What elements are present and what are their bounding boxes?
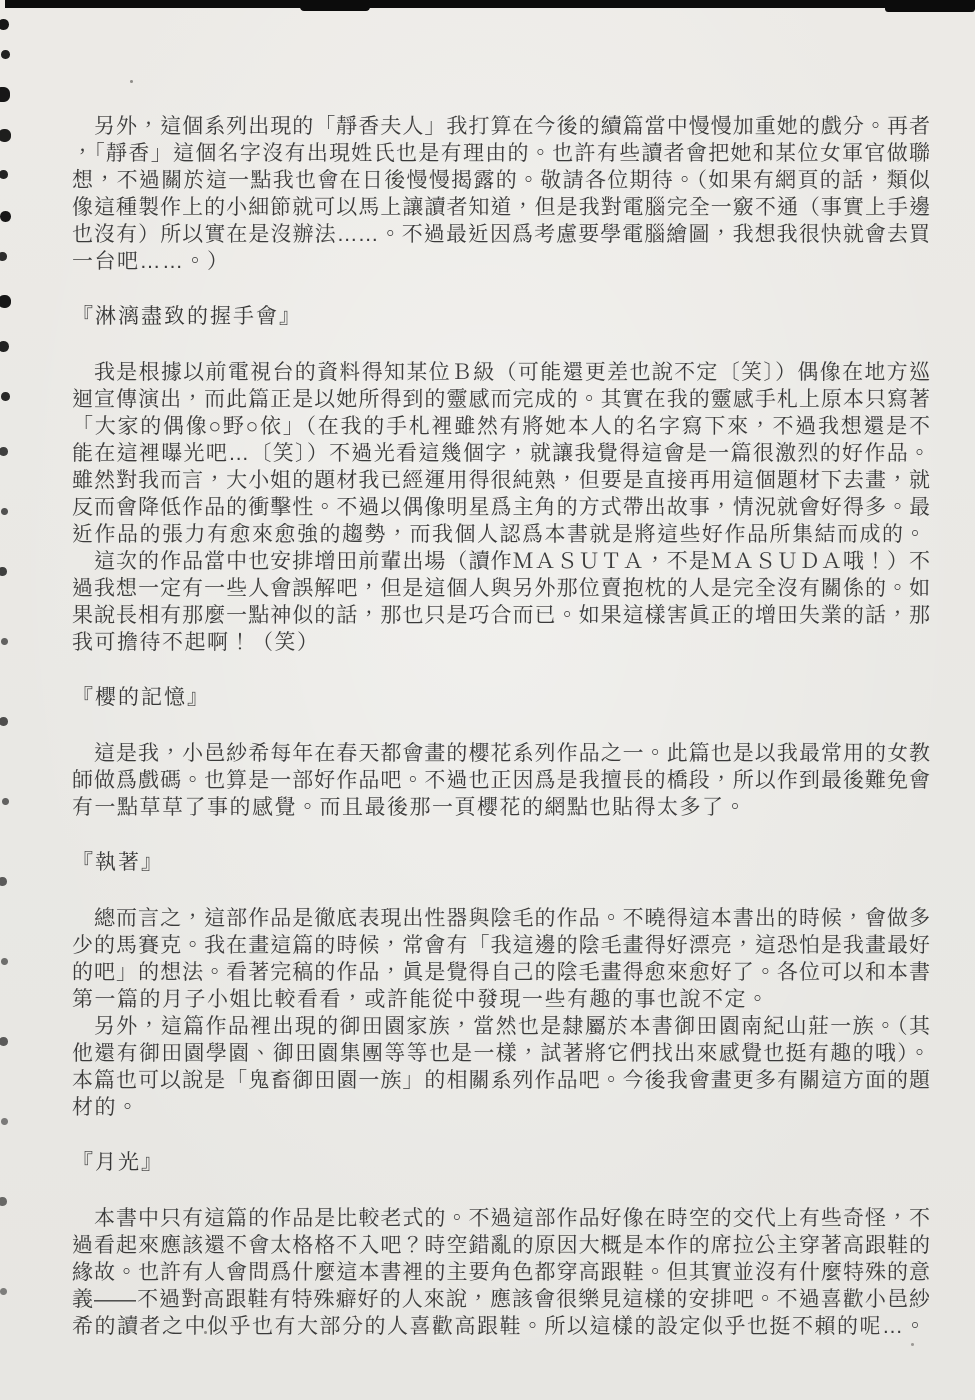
text-line: 本篇也可以說是「鬼畜御田園一族」的相關系列作品吧。今後我會畫更多有關這方面的題 [72,1067,930,1094]
text-line: 另外，這個系列出現的「靜香夫人」我打算在今後的續篇當中慢慢加重她的戲分。再者 [72,113,930,140]
scanned-book-page: { "document": { "language": "zh-Hant", "… [0,0,975,1400]
text-line: 緣故。也許有人會問爲什麼這本書裡的主要角色都穿高跟鞋。但其實並沒有什麼特殊的意 [72,1259,930,1286]
binding-edge-artifacts [0,0,5,5]
paragraph: 另外，這篇作品裡出現的御田園家族，當然也是隸屬於本書御田園南紀山莊一族。（其他還… [72,1013,930,1121]
text-line: 迴宣傳演出，而此篇正是以她所得到的靈感而完成的。其實在我的靈感手札上原本只寫著 [72,386,930,413]
text-line: 本書中只有這篇的作品是比較老式的。不過這部作品好像在時空的交代上有些奇怪，不 [72,1205,930,1232]
text-line: 像這種製作上的小細節就可以馬上讓讀者知道，但是我對電腦完全一竅不通（事實上手邊 [72,194,930,221]
text-line: 想，不過關於這一點我也會在日後慢慢揭露的。敬請各位期待。（如果有網頁的話，類似 [72,167,930,194]
paragraph: 這次的作品當中也安排增田前輩出場（讀作ＭＡＳＵＴＡ，不是ＭＡＳＵＤＡ哦！）不過我… [72,548,930,656]
text-line: 材的。 [72,1094,930,1121]
text-line: 近作品的張力有愈來愈強的趨勢，而我個人認爲本書就是將這些好作品所集結而成的。 [72,521,930,548]
paragraph: 本書中只有這篇的作品是比較老式的。不過這部作品好像在時空的交代上有些奇怪，不過看… [72,1205,930,1340]
text-line: ，「靜香」這個名字沒有出現姓氏也是有理由的。也許有些讀者會把她和某位女軍官做聯 [72,140,930,167]
text-line: 義——不過對高跟鞋有特殊癖好的人來說，應該會很樂見這樣的安排吧。不過喜歡小邑紗 [72,1286,930,1313]
text-line: 師做爲戲碼。也算是一部好作品吧。不過也正因爲是我擅長的橋段，所以作到最後難免會 [72,767,930,794]
paragraph: 這是我，小邑紗希每年在春天都會畫的櫻花系列作品之一。此篇也是以我最常用的女教師做… [72,740,930,821]
text-line: 希的讀者之中似乎也有大部分的人喜歡高跟鞋。所以這樣的設定似乎也挺不賴的呢…。 [72,1313,930,1340]
paper-speck [130,80,133,83]
text-line: 過看起來應該還不會太格格不入吧？時空錯亂的原因大概是本作的席拉公主穿著高跟鞋的 [72,1232,930,1259]
section-heading: 『執著』 [72,849,930,876]
text-line: 他還有御田園學園、御田園集團等等也是一樣，試著將它們找出來感覺也挺有趣的哦）。 [72,1040,930,1067]
text-line: 我可擔待不起啊！（笑） [72,629,930,656]
text-line: 過我想一定有一些人會誤解吧，但是這個人與另外那位賣抱枕的人是完全沒有關係的。如 [72,575,930,602]
text-line: 少的馬賽克。我在畫這篇的時候，常會有「我這邊的陰毛畫得好漂亮，這恐怕是我畫最好 [72,932,930,959]
text-line: 也沒有）所以實在是沒辦法……。不過最近因爲考慮要學電腦繪圖，我想我很快就會去買 [72,221,930,248]
text-line: 的吧」的想法。看著完稿的作品，眞是覺得自己的陰毛畫得愈來愈好了。各位可以和本書 [72,959,930,986]
paper-speck [911,1343,914,1346]
section-heading: 『淋漓盡致的握手會』 [72,303,930,330]
page-text: 另外，這個系列出現的「靜香夫人」我打算在今後的續篇當中慢慢加重她的戲分。再者，「… [72,113,930,1340]
text-line: 有一點草草了事的感覺。而且最後那一頁櫻花的網點也貼得太多了。 [72,794,930,821]
text-line: 「大家的偶像○野○依」（在我的手札裡雖然有將她本人的名字寫下來，不過我想還是不 [72,413,930,440]
text-line: 總而言之，這部作品是徹底表現出性器與陰毛的作品。不曉得這本書出的時候，會做多 [72,905,930,932]
text-line: 我是根據以前電視台的資料得知某位Ｂ級（可能還更差也說不定〔笑〕）偶像在地方巡 [72,359,930,386]
text-line: 能在這裡曝光吧…〔笑〕）不過光看這幾個字，就讓我覺得這會是一篇很激烈的好作品。 [72,440,930,467]
text-line: 這次的作品當中也安排增田前輩出場（讀作ＭＡＳＵＴＡ，不是ＭＡＳＵＤＡ哦！）不 [72,548,930,575]
text-line: 果說長相有那麼一點神似的話，那也只是巧合而已。如果這樣害眞正的增田失業的話，那 [72,602,930,629]
page-background: 另外，這個系列出現的「靜香夫人」我打算在今後的續篇當中慢慢加重她的戲分。再者，「… [0,0,975,1400]
scan-top-edge-right [885,0,975,12]
paragraph: 總而言之，這部作品是徹底表現出性器與陰毛的作品。不曉得這本書出的時候，會做多少的… [72,905,930,1013]
text-line: 這是我，小邑紗希每年在春天都會畫的櫻花系列作品之一。此篇也是以我最常用的女教 [72,740,930,767]
text-line: 另外，這篇作品裡出現的御田園家族，當然也是隸屬於本書御田園南紀山莊一族。（其 [72,1013,930,1040]
text-line: 第一篇的月子小姐比較看看，或許能從中發現一些有趣的事也說不定。 [72,986,930,1013]
text-line: 反而會降低作品的衝擊性。不過以偶像明星爲主角的方式帶出故事，情況就會好得多。最 [72,494,930,521]
section-heading: 『月光』 [72,1149,930,1176]
paragraph: 另外，這個系列出現的「靜香夫人」我打算在今後的續篇當中慢慢加重她的戲分。再者，「… [72,113,930,275]
scan-top-edge-bump [300,0,370,11]
text-line: 一台吧……。） [72,248,930,275]
section-heading: 『櫻的記憶』 [72,684,930,711]
scan-top-edge [5,0,975,8]
text-line: 雖然對我而言，大小姐的題材我已經運用得很純熟，但要是直接再用這個題材下去畫，就 [72,467,930,494]
paragraph: 我是根據以前電視台的資料得知某位Ｂ級（可能還更差也說不定〔笑〕）偶像在地方巡迴宣… [72,359,930,548]
